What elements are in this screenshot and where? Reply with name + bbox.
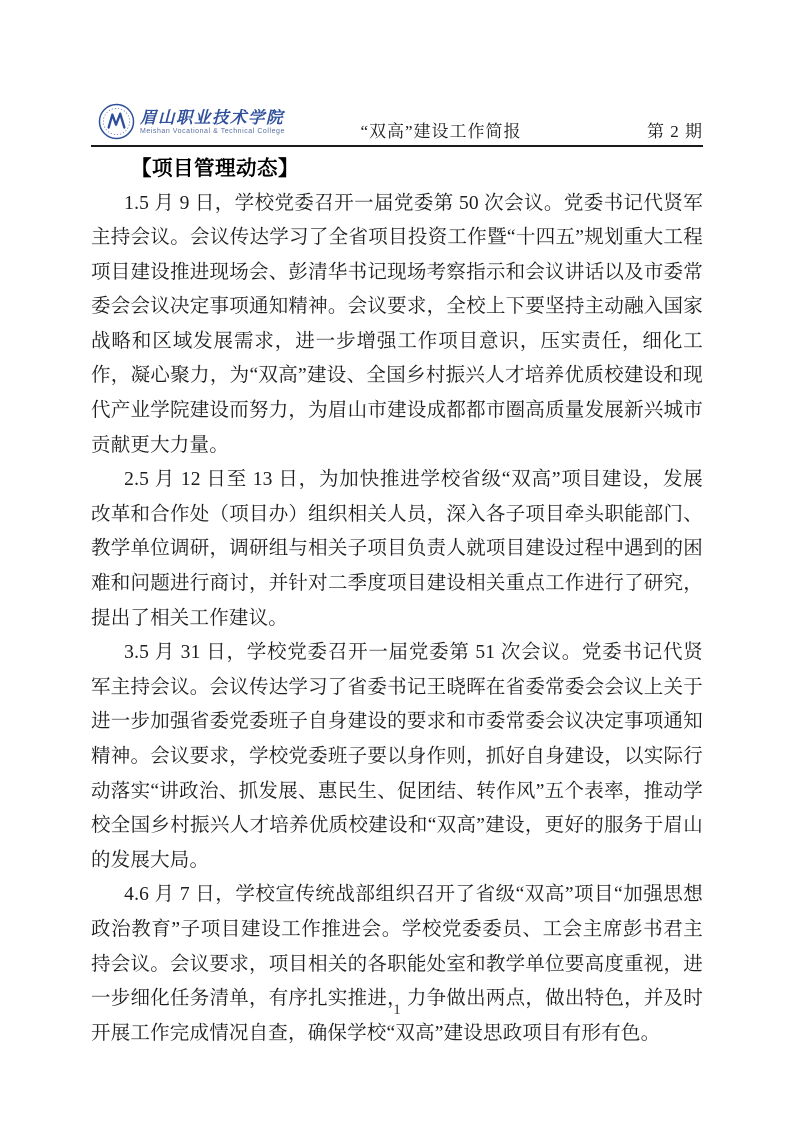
document-page: 眉山职业技术学院 Meishan Vocational & Technical … [0, 0, 794, 1123]
section-title: 【项目管理动态】 [91, 152, 703, 187]
school-logo: 眉山职业技术学院 Meishan Vocational & Technical … [98, 103, 285, 140]
bulletin-title: “双高”建设工作简报 [360, 117, 521, 142]
school-logo-text: 眉山职业技术学院 Meishan Vocational & Technical … [140, 108, 285, 136]
paragraph-2: 2.5 月 12 日至 13 日，为加快推进学校省级“双高”项目建设，发展改革和… [91, 463, 703, 636]
paragraph-1: 1.5 月 9 日，学校党委召开一届党委第 50 次会议。党委书记代贤军主持会议… [91, 187, 703, 464]
document-body: 【项目管理动态】 1.5 月 9 日，学校党委召开一届党委第 50 次会议。党委… [91, 152, 703, 1051]
school-name-cn: 眉山职业技术学院 [140, 108, 285, 127]
page-header: 眉山职业技术学院 Meishan Vocational & Technical … [91, 102, 703, 145]
page-number: 1 [0, 1002, 794, 1019]
paragraph-4: 4.6 月 7 日，学校宣传统战部组织召开了省级“双高”项目“加强思想政治教育”… [91, 878, 703, 1051]
header-rule-divider [91, 145, 703, 147]
school-name-en: Meishan Vocational & Technical College [140, 127, 285, 136]
issue-number: 第 2 期 [647, 117, 703, 142]
paragraph-3: 3.5 月 31 日，学校党委召开一届党委第 51 次会议。党委书记代贤军主持会… [91, 636, 703, 878]
school-emblem-icon [98, 103, 135, 140]
